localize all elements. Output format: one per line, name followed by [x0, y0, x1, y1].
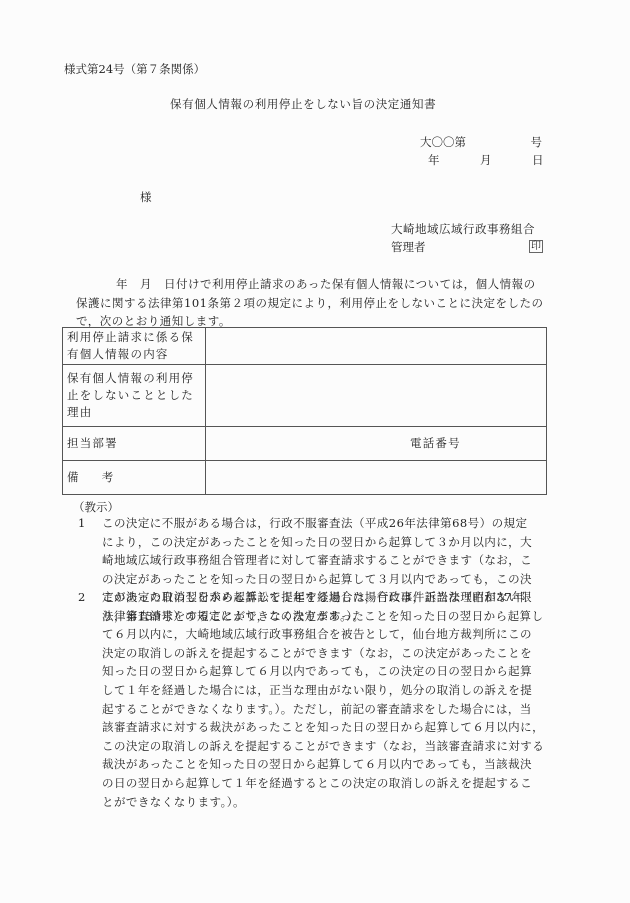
- instructions-heading: （教示）: [73, 500, 119, 514]
- label-line: 保有個人情報の利用停: [67, 370, 201, 387]
- label-reason: 保有個人情報の利用停 止をしないこととした 理由: [63, 365, 206, 427]
- label-line: 理由: [67, 404, 201, 421]
- label-line: 有個人情報の内容: [67, 346, 201, 363]
- value-remarks[interactable]: [206, 461, 547, 495]
- intro-line: 年 月 日付けで利用停止請求のあった保有個人情報については，個人情報の: [76, 275, 556, 294]
- label-remarks-b: 考: [102, 470, 115, 484]
- value-content[interactable]: [206, 328, 547, 365]
- item-line: 該審査請求に対する裁決があったことを知った日の翌日から起算して６月以内に，: [102, 718, 548, 737]
- item-line: 崎地域広域行政事務組合管理者に対して審査請求することができます（なお，こ: [102, 551, 548, 570]
- reference-prefix: 大〇〇第: [420, 135, 466, 149]
- table-row-remarks: 備考: [63, 461, 547, 495]
- decision-table: 利用停止請求に係る保 有個人情報の内容 保有個人情報の利用停 止をしないこととし…: [62, 327, 547, 495]
- label-line: 利用停止請求に係る保: [67, 329, 201, 346]
- item-line: して１年を経過した場合には，正当な理由がない限り，処分の取消しの訴えを提: [102, 681, 548, 700]
- item-number: 1: [78, 514, 86, 533]
- instruction-item-2: 2 この決定の取消しを求める訴訟を提起する場合は，行政事件訴訟法（昭和37年 法…: [78, 588, 548, 811]
- label-department: 担当部署: [63, 427, 206, 461]
- table-row-reason: 保有個人情報の利用停 止をしないこととした 理由: [63, 365, 547, 427]
- value-reason[interactable]: [206, 365, 547, 427]
- item-line: この決定の取消しの訴えを提起することができます（なお，当該審査請求に対する: [102, 737, 548, 756]
- item-line: 起することができなくなります。）。ただし，前記の審査請求をした場合には，当: [102, 700, 548, 719]
- issuer-organization: 大崎地域広域行政事務組合: [391, 222, 535, 236]
- addressee-suffix: 様: [140, 190, 152, 204]
- item-line: の決定があったことを知った日の翌日から起算して３月以内であっても，この決: [102, 570, 548, 589]
- item-line: 法律第139号）の規定により，この決定があったことを知った日の翌日から起算し: [102, 607, 548, 626]
- intro-line: 保護に関する法律第101条第２項の規定により，利用停止をしないことに決定をしたの: [76, 294, 556, 313]
- item-line: により，この決定があったことを知った日の翌日から起算して３か月以内に，大: [102, 533, 548, 552]
- label-content: 利用停止請求に係る保 有個人情報の内容: [63, 328, 206, 365]
- item-line: て６月以内に，大崎地域広域行政事務組合を被告として，仙台地方裁判所にこの: [102, 625, 548, 644]
- date-day: 日: [532, 153, 544, 167]
- reference-suffix: 号: [531, 135, 543, 149]
- intro-paragraph: 年 月 日付けで利用停止請求のあった保有個人情報については，個人情報の 保護に関…: [76, 275, 556, 331]
- form-number: 様式第24号（第７条関係）: [64, 62, 205, 76]
- seal-icon: 印: [529, 240, 543, 253]
- label-remarks-a: 備: [67, 470, 80, 484]
- item-line: 決定の取消しの訴えを提起することができます（なお，この決定があったことを: [102, 644, 548, 663]
- label-remarks: 備考: [63, 461, 206, 495]
- item-line: とができなくなります。）。: [102, 793, 548, 812]
- item-line: 裁決があったことを知った日の翌日から起算して６月以内であっても，当該裁決: [102, 755, 548, 774]
- date-year: 年: [428, 153, 440, 167]
- item-line: この決定に不服がある場合は，行政不服審査法（平成26年法律第68号）の規定: [102, 514, 548, 533]
- issuer-title: 管理者 印: [391, 240, 543, 254]
- reference-number: 大〇〇第 号: [420, 135, 542, 149]
- item-line: この決定の取消しを求める訴訟を提起する場合は，行政事件訴訟法（昭和37年: [102, 588, 548, 607]
- document-title: 保有個人情報の利用停止をしない旨の決定通知書: [170, 97, 436, 111]
- date-month: 月: [480, 153, 492, 167]
- item-body: この決定の取消しを求める訴訟を提起する場合は，行政事件訴訟法（昭和37年 法律第…: [78, 588, 548, 811]
- phone-number-label: 電話番号: [410, 436, 461, 450]
- item-line: 知った日の翌日から起算して６月以内であっても，この決定の日の翌日から起算: [102, 662, 548, 681]
- value-department[interactable]: 電話番号: [206, 427, 547, 461]
- label-line: 止をしないこととした: [67, 387, 201, 404]
- table-row-department: 担当部署 電話番号: [63, 427, 547, 461]
- item-line: の日の翌日から起算して１年を経過するとこの決定の取消しの訴えを提起するこ: [102, 774, 548, 793]
- table-row-content: 利用停止請求に係る保 有個人情報の内容: [63, 328, 547, 365]
- item-number: 2: [78, 588, 86, 607]
- issuer-title-label: 管理者: [391, 240, 426, 254]
